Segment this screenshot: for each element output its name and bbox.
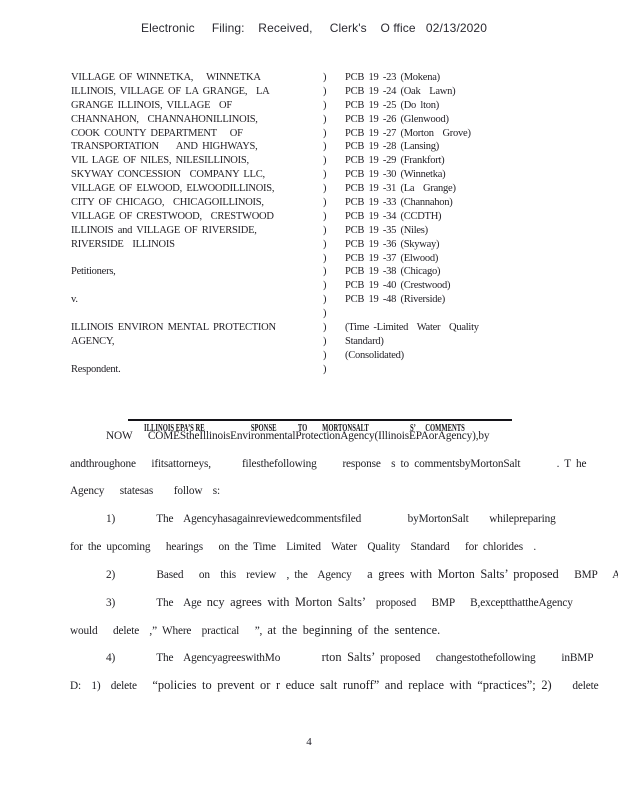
body-segment: 3) The Age <box>106 597 207 609</box>
case-cell <box>345 307 571 321</box>
caption-row: Respondent.) <box>71 363 571 377</box>
party-cell <box>71 307 323 321</box>
party-cell <box>71 252 323 266</box>
party-cell: AGENCY, <box>71 335 323 349</box>
party-cell: VILLAGE OF ELWOOD, ELWOODILLINOIS, <box>71 182 323 196</box>
caption-row: VILLAGE OF CRESTWOOD, CRESTWOOD)PCB 19 -… <box>71 210 571 224</box>
party-cell: CHANNAHON, CHANNAHONILLINOIS, <box>71 113 323 127</box>
party-cell: VIL LAGE OF NILES, NILESILLINOIS, <box>71 154 323 168</box>
paren-cell: ) <box>323 335 345 349</box>
body-line: andthroughone ifitsattorneys, filesthefo… <box>70 451 618 479</box>
body-segment: would delete ,” Where practical ”, <box>70 625 267 637</box>
body-line: NOW COMEStheIllinoisEnvironmentalProtect… <box>70 423 618 451</box>
case-cell: PCB 19 -36 (Skyway) <box>345 238 571 252</box>
response-title: ILLINOIS EPA’S RE SPONSE TO MORTONSALT S… <box>128 404 512 421</box>
case-cell: PCB 19 -38 (Chicago) <box>345 265 571 279</box>
case-cell: PCB 19 -31 (La Grange) <box>345 182 571 196</box>
party-cell: COOK COUNTY DEPARTMENT OF <box>71 127 323 141</box>
paren-cell: ) <box>323 321 345 335</box>
document-body: NOW COMEStheIllinoisEnvironmentalProtect… <box>70 423 618 700</box>
paren-cell: ) <box>323 127 345 141</box>
paren-cell: ) <box>323 307 345 321</box>
caption-row: ILLINOIS ENVIRON MENTAL PROTECTION)(Time… <box>71 321 571 335</box>
paren-cell: ) <box>323 210 345 224</box>
case-cell: (Time -Limited Water Quality <box>345 321 571 335</box>
caption-row: ILLINOIS, VILLAGE OF LA GRANGE, LA)PCB 1… <box>71 85 571 99</box>
body-line: Agency statesas follow s: <box>70 478 618 506</box>
caption-row: SKYWAY CONCESSION COMPANY LLC,)PCB 19 -3… <box>71 168 571 182</box>
body-segment: 2) Based on this review , the Agency <box>106 569 367 581</box>
case-cell: PCB 19 -30 (Winnetka) <box>345 168 571 182</box>
case-cell: PCB 19 -24 (Oak Lawn) <box>345 85 571 99</box>
case-cell: (Consolidated) <box>345 349 571 363</box>
body-line: 2) Based on this review , the Agency a g… <box>70 561 618 589</box>
caption-row: CHANNAHON, CHANNAHONILLINOIS,)PCB 19 -26… <box>71 113 571 127</box>
caption-row: v.)PCB 19 -48 (Riverside) <box>71 293 571 307</box>
body-segment: “policies to prevent or r educe salt run… <box>152 678 551 692</box>
body-line: D: 1) delete “policies to prevent or r e… <box>70 672 618 700</box>
case-cell: PCB 19 -40 (Crestwood) <box>345 279 571 293</box>
body-segment: at the beginning of the sentence. <box>267 623 440 637</box>
body-line: 3) The Age ncy agrees with Morton Salts’… <box>70 589 618 617</box>
paren-cell: ) <box>323 224 345 238</box>
party-cell: ILLINOIS ENVIRON MENTAL PROTECTION <box>71 321 323 335</box>
body-segment: for the upcoming hearings on the Time Li… <box>70 541 536 553</box>
case-cell: PCB 19 -29 (Frankfort) <box>345 154 571 168</box>
paren-cell: ) <box>323 238 345 252</box>
caption-row: VILLAGE OF ELWOOD, ELWOODILLINOIS,)PCB 1… <box>71 182 571 196</box>
case-caption: VILLAGE OF WINNETKA, WINNETKA)PCB 19 -23… <box>71 71 571 377</box>
paren-cell: ) <box>323 154 345 168</box>
caption-row: TRANSPORTATION AND HIGHWAYS,)PCB 19 -28 … <box>71 140 571 154</box>
body-line: 4) The AgencyagreeswithMo rton Salts’ pr… <box>70 644 618 672</box>
body-segment: Agency statesas follow s: <box>70 485 220 497</box>
case-cell: PCB 19 -37 (Elwood) <box>345 252 571 266</box>
paren-cell: ) <box>323 265 345 279</box>
paren-cell: ) <box>323 279 345 293</box>
caption-row: COOK COUNTY DEPARTMENT OF)PCB 19 -27 (Mo… <box>71 127 571 141</box>
paren-cell: ) <box>323 113 345 127</box>
document-page: Electronic Filing: Received, Clerk's O f… <box>0 0 618 800</box>
party-cell: SKYWAY CONCESSION COMPANY LLC, <box>71 168 323 182</box>
caption-row: AGENCY,)Standard) <box>71 335 571 349</box>
party-cell <box>71 349 323 363</box>
paren-cell: ) <box>323 182 345 196</box>
body-segment: rton Salts’ <box>322 650 380 664</box>
body-segment: NOW COMEStheIllinoisEnvironmentalProtect… <box>106 430 489 442</box>
party-cell: CITY OF CHICAGO, CHICAGOILLINOIS, <box>71 196 323 210</box>
party-cell: v. <box>71 293 323 307</box>
body-line: 1) The Agencyhasagainreviewedcommentsfil… <box>70 506 618 534</box>
paren-cell: ) <box>323 349 345 363</box>
caption-row: )PCB 19 -37 (Elwood) <box>71 252 571 266</box>
caption-row: ) <box>71 307 571 321</box>
party-cell: VILLAGE OF CRESTWOOD, CRESTWOOD <box>71 210 323 224</box>
body-segment: proposed BMP B,exceptthattheAgency <box>371 597 573 609</box>
caption-row: ILLINOIS and VILLAGE OF RIVERSIDE,)PCB 1… <box>71 224 571 238</box>
body-line: would delete ,” Where practical ”, at th… <box>70 617 618 645</box>
case-cell: PCB 19 -35 (Niles) <box>345 224 571 238</box>
caption-row: Petitioners,)PCB 19 -38 (Chicago) <box>71 265 571 279</box>
paren-cell: ) <box>323 85 345 99</box>
paren-cell: ) <box>323 71 345 85</box>
body-segment: proposed changestothefollowing inBMP <box>380 652 593 664</box>
party-cell: Petitioners, <box>71 265 323 279</box>
body-segment: delete <box>552 680 599 692</box>
paren-cell: ) <box>323 168 345 182</box>
party-cell: VILLAGE OF WINNETKA, WINNETKA <box>71 71 323 85</box>
paren-cell: ) <box>323 99 345 113</box>
case-cell: PCB 19 -48 (Riverside) <box>345 293 571 307</box>
case-cell: PCB 19 -23 (Mokena) <box>345 71 571 85</box>
body-segment: 4) The AgencyagreeswithMo <box>106 652 322 664</box>
case-cell <box>345 363 571 377</box>
caption-row: RIVERSIDE ILLINOIS)PCB 19 -36 (Skyway) <box>71 238 571 252</box>
party-cell: TRANSPORTATION AND HIGHWAYS, <box>71 140 323 154</box>
body-segment: andthroughone ifitsattorneys, filesthefo… <box>70 458 586 470</box>
case-cell: PCB 19 -33 (Channahon) <box>345 196 571 210</box>
party-cell: ILLINOIS and VILLAGE OF RIVERSIDE, <box>71 224 323 238</box>
case-cell: PCB 19 -28 (Lansing) <box>345 140 571 154</box>
party-cell <box>71 279 323 293</box>
page-number: 4 <box>0 736 618 748</box>
body-segment: ncy agrees with Morton Salts’ <box>207 595 371 609</box>
paren-cell: ) <box>323 363 345 377</box>
party-cell: ILLINOIS, VILLAGE OF LA GRANGE, LA <box>71 85 323 99</box>
electronic-filing-header: Electronic Filing: Received, Clerk's O f… <box>141 21 487 35</box>
caption-row: VIL LAGE OF NILES, NILESILLINOIS,)PCB 19… <box>71 154 571 168</box>
body-segment: 1) The Agencyhasagainreviewedcommentsfil… <box>106 513 556 525</box>
caption-row: GRANGE ILLINOIS, VILLAGE OF)PCB 19 -25 (… <box>71 99 571 113</box>
party-cell: GRANGE ILLINOIS, VILLAGE OF <box>71 99 323 113</box>
party-cell: Respondent. <box>71 363 323 377</box>
case-cell: PCB 19 -26 (Glenwood) <box>345 113 571 127</box>
paren-cell: ) <box>323 252 345 266</box>
case-cell: PCB 19 -25 (Do lton) <box>345 99 571 113</box>
body-segment: D: 1) delete <box>70 680 152 692</box>
body-segment: BMP A. <box>559 569 618 581</box>
caption-row: )PCB 19 -40 (Crestwood) <box>71 279 571 293</box>
case-cell: PCB 19 -27 (Morton Grove) <box>345 127 571 141</box>
case-cell: Standard) <box>345 335 571 349</box>
paren-cell: ) <box>323 196 345 210</box>
party-cell: RIVERSIDE ILLINOIS <box>71 238 323 252</box>
caption-row: VILLAGE OF WINNETKA, WINNETKA)PCB 19 -23… <box>71 71 571 85</box>
case-cell: PCB 19 -34 (CCDTH) <box>345 210 571 224</box>
body-segment: a grees with Morton Salts’ proposed <box>367 567 559 581</box>
caption-row: CITY OF CHICAGO, CHICAGOILLINOIS,)PCB 19… <box>71 196 571 210</box>
body-line: for the upcoming hearings on the Time Li… <box>70 534 618 562</box>
caption-row: )(Consolidated) <box>71 349 571 363</box>
paren-cell: ) <box>323 140 345 154</box>
paren-cell: ) <box>323 293 345 307</box>
